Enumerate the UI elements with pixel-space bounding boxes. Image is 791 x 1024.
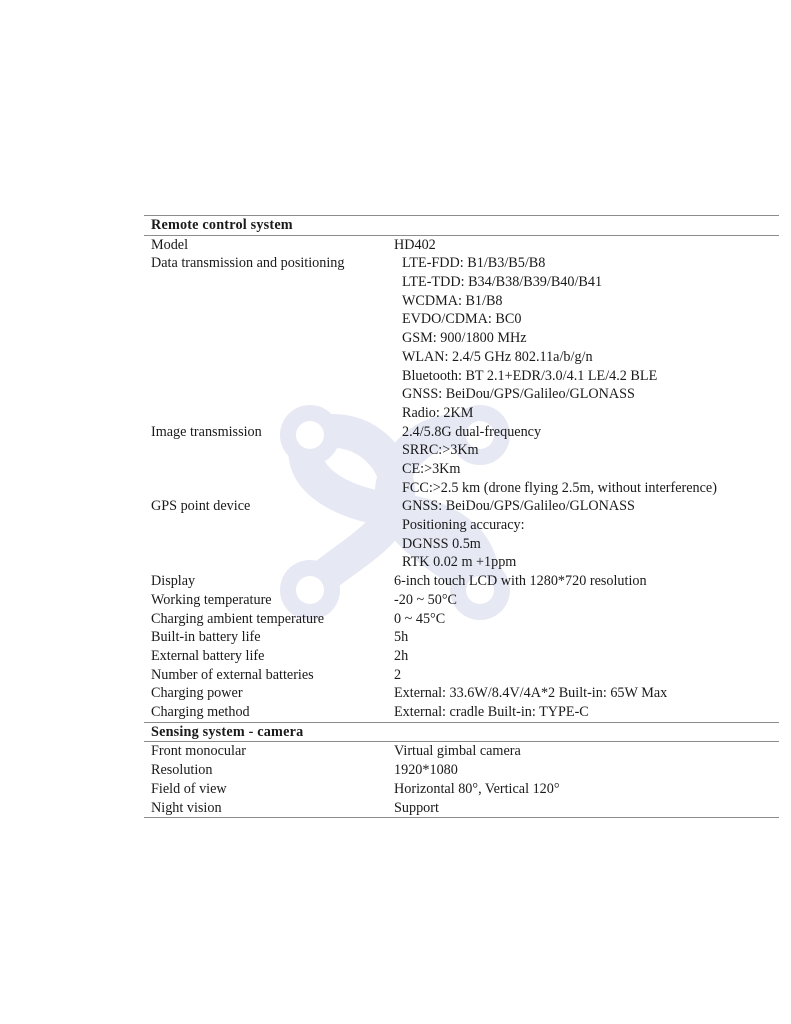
spec-value-line: LTE-TDD: B34/B38/B39/B40/B41 xyxy=(394,273,779,292)
spec-label: Charging power xyxy=(144,684,387,703)
spec-value-line: Horizontal 80°, Vertical 120° xyxy=(394,780,779,799)
spec-value-line: 2h xyxy=(394,647,779,666)
spec-value-line: External: cradle Built-in: TYPE-C xyxy=(394,703,779,722)
spec-value: 1920*1080 xyxy=(387,761,779,780)
document-page: Remote control systemModelHD402Data tran… xyxy=(0,0,791,1024)
spec-value-line: Bluetooth: BT 2.1+EDR/3.0/4.1 LE/4.2 BLE xyxy=(394,367,779,386)
spec-value-line: 2 xyxy=(394,666,779,685)
spec-row-number-of-external-batteries: Number of external batteries2 xyxy=(144,666,779,685)
spec-value: External: 33.6W/8.4V/4A*2 Built-in: 65W … xyxy=(387,684,779,703)
spec-label: Resolution xyxy=(144,761,387,780)
spec-value: 5h xyxy=(387,628,779,647)
spec-value-line: Virtual gimbal camera xyxy=(394,742,779,761)
spec-row-gps-point-device: GPS point deviceGNSS: BeiDou/GPS/Galileo… xyxy=(144,497,779,572)
spec-label: GPS point device xyxy=(144,497,387,572)
spec-row-field-of-view: Field of viewHorizontal 80°, Vertical 12… xyxy=(144,780,779,799)
spec-value-line: -20 ~ 50°C xyxy=(394,591,779,610)
section-title: Sensing system - camera xyxy=(144,722,779,742)
spec-value-line: 6-inch touch LCD with 1280*720 resolutio… xyxy=(394,572,779,591)
section-title: Remote control system xyxy=(144,216,779,236)
spec-value-line: Support xyxy=(394,799,779,818)
spec-row-night-vision: Night visionSupport xyxy=(144,799,779,818)
spec-value-line: Positioning accuracy: xyxy=(394,516,779,535)
spec-table: Remote control systemModelHD402Data tran… xyxy=(144,215,779,818)
spec-label: Front monocular xyxy=(144,742,387,761)
spec-value-line: 0 ~ 45°C xyxy=(394,610,779,629)
spec-value-line: CE:>3Km xyxy=(394,460,779,479)
spec-row-external-battery-life: External battery life2h xyxy=(144,647,779,666)
spec-value: External: cradle Built-in: TYPE-C xyxy=(387,703,779,722)
spec-label: External battery life xyxy=(144,647,387,666)
spec-value-line: SRRC:>3Km xyxy=(394,441,779,460)
spec-value-line: GSM: 900/1800 MHz xyxy=(394,329,779,348)
spec-label: Data transmission and positioning xyxy=(144,254,387,422)
spec-value-line: GNSS: BeiDou/GPS/Galileo/GLONASS xyxy=(394,497,779,516)
spec-row-charging-method: Charging methodExternal: cradle Built-in… xyxy=(144,703,779,722)
spec-value: HD402 xyxy=(387,235,779,254)
spec-row-front-monocular: Front monocularVirtual gimbal camera xyxy=(144,742,779,761)
spec-value-line: DGNSS 0.5m xyxy=(394,535,779,554)
spec-value: 0 ~ 45°C xyxy=(387,610,779,629)
spec-label: Night vision xyxy=(144,799,387,818)
spec-row-display: Display6-inch touch LCD with 1280*720 re… xyxy=(144,572,779,591)
spec-label: Field of view xyxy=(144,780,387,799)
spec-value-line: RTK 0.02 m +1ppm xyxy=(394,553,779,572)
spec-label: Model xyxy=(144,235,387,254)
spec-value: 2 xyxy=(387,666,779,685)
spec-value: 6-inch touch LCD with 1280*720 resolutio… xyxy=(387,572,779,591)
spec-label: Built-in battery life xyxy=(144,628,387,647)
spec-value: Virtual gimbal camera xyxy=(387,742,779,761)
spec-value: -20 ~ 50°C xyxy=(387,591,779,610)
spec-row-built-in-battery-life: Built-in battery life5h xyxy=(144,628,779,647)
spec-value-line: GNSS: BeiDou/GPS/Galileo/GLONASS xyxy=(394,385,779,404)
spec-value-line: Radio: 2KM xyxy=(394,404,779,423)
spec-label: Charging ambient temperature xyxy=(144,610,387,629)
spec-value-line: 5h xyxy=(394,628,779,647)
spec-value-line: HD402 xyxy=(394,236,779,255)
spec-value: LTE-FDD: B1/B3/B5/B8LTE-TDD: B34/B38/B39… xyxy=(387,254,779,422)
spec-row-model: ModelHD402 xyxy=(144,235,779,254)
spec-value-line: 1920*1080 xyxy=(394,761,779,780)
spec-value: 2.4/5.8G dual-frequencySRRC:>3KmCE:>3KmF… xyxy=(387,423,779,498)
spec-table-body: Remote control systemModelHD402Data tran… xyxy=(144,216,779,818)
spec-value: GNSS: BeiDou/GPS/Galileo/GLONASSPosition… xyxy=(387,497,779,572)
spec-value-line: 2.4/5.8G dual-frequency xyxy=(394,423,779,442)
section-header-sensing-system-camera: Sensing system - camera xyxy=(144,722,779,742)
spec-label: Working temperature xyxy=(144,591,387,610)
spec-value-line: FCC:>2.5 km (drone flying 2.5m, without … xyxy=(394,479,779,498)
spec-label: Number of external batteries xyxy=(144,666,387,685)
spec-value-line: WCDMA: B1/B8 xyxy=(394,292,779,311)
spec-value-line: WLAN: 2.4/5 GHz 802.11a/b/g/n xyxy=(394,348,779,367)
spec-label: Display xyxy=(144,572,387,591)
spec-label: Image transmission xyxy=(144,423,387,498)
spec-label: Charging method xyxy=(144,703,387,722)
spec-row-charging-power: Charging powerExternal: 33.6W/8.4V/4A*2 … xyxy=(144,684,779,703)
spec-row-resolution: Resolution1920*1080 xyxy=(144,761,779,780)
spec-value-line: External: 33.6W/8.4V/4A*2 Built-in: 65W … xyxy=(394,684,779,703)
spec-value: Horizontal 80°, Vertical 120° xyxy=(387,780,779,799)
spec-value-line: LTE-FDD: B1/B3/B5/B8 xyxy=(394,254,779,273)
spec-row-data-transmission-and-positioning: Data transmission and positioningLTE-FDD… xyxy=(144,254,779,422)
spec-row-charging-ambient-temperature: Charging ambient temperature0 ~ 45°C xyxy=(144,610,779,629)
section-header-remote-control-system: Remote control system xyxy=(144,216,779,236)
spec-value-line: EVDO/CDMA: BC0 xyxy=(394,310,779,329)
spec-value: Support xyxy=(387,799,779,818)
spec-row-working-temperature: Working temperature-20 ~ 50°C xyxy=(144,591,779,610)
spec-row-image-transmission: Image transmission2.4/5.8G dual-frequenc… xyxy=(144,423,779,498)
spec-value: 2h xyxy=(387,647,779,666)
